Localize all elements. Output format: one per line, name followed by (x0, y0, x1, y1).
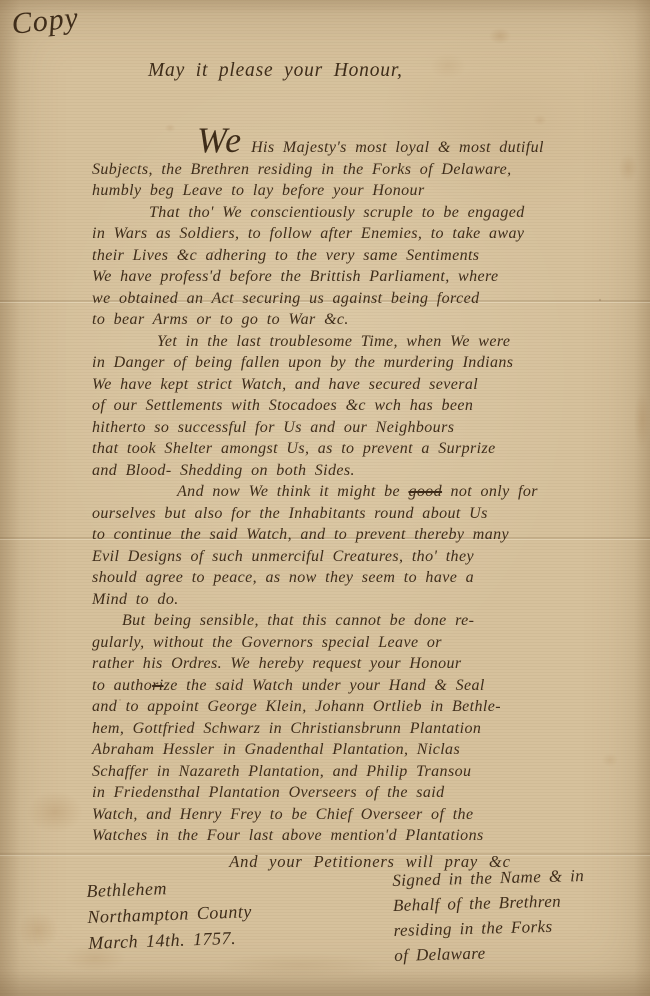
struck-letters-authorize: ri (152, 677, 163, 694)
dateline-block: Bethlehem Northampton County March 14th.… (86, 872, 253, 956)
dateline-date: March 14th. 1757. (88, 924, 253, 956)
paragraph-conscientious-scruple: That tho' We conscientiously scruple to … (92, 202, 648, 331)
decorated-initial-we: We (197, 120, 243, 160)
manuscript-page: Copy May it please your Honour, We His M… (0, 0, 650, 996)
signature-note: Signed in the Name & in Behalf of the Br… (392, 863, 586, 968)
petition-body: We His Majesty's most loyal & most dutif… (92, 130, 648, 872)
paragraph-request-post: ze the said Watch under your Hand & Seal… (92, 677, 501, 845)
struck-word-good: good (408, 483, 442, 500)
paragraph-opening-text: His Majesty's most loyal & most dutiful … (92, 139, 544, 199)
paragraph-request-appointments: But being sensible, that this cannot be … (92, 610, 648, 847)
paragraph-continue-watch: And now We think it might be good not on… (92, 481, 648, 610)
copy-annotation: Copy (10, 1, 81, 42)
paragraph-opening: We His Majesty's most loyal & most dutif… (92, 130, 648, 202)
paragraph-troublesome-time: Yet in the last troublesome Time, when W… (92, 331, 648, 482)
paragraph-continue-watch-post: not only for ourselves but also for the … (92, 483, 538, 608)
paragraph-continue-watch-pre: And now We think it might be (177, 483, 408, 500)
salutation-line: May it please your Honour, (148, 60, 403, 82)
